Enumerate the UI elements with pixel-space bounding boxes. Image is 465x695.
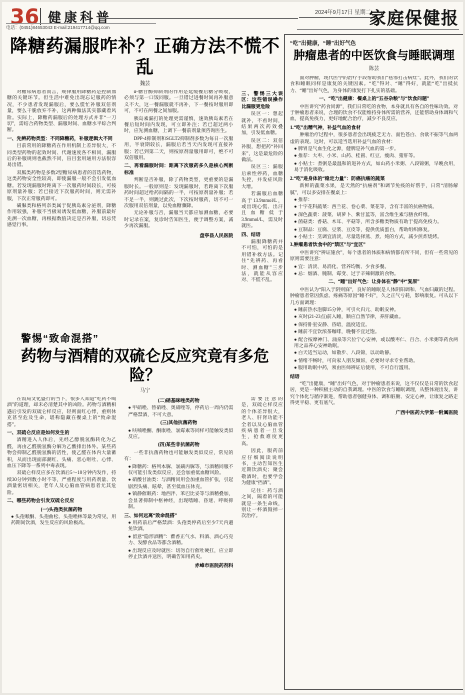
article-text: ● 豆制品：豆腐、豆浆、豆皮等，提供优质蛋白，帮助组织修复。 [290,228,458,234]
article-text: (四)某些非抗菌药物 [124,443,233,449]
article-text: 新鲜的蔬菜水果，是天然的“抗癌剂”和调节免疫的好帮手，日常“清肠解腻”，可以多安… [290,184,458,197]
article-b-column-1: 在饭局文化盛行的当下，很多人知道“吃药不喝酒”的道理，却未必清楚其中的凶险。药物… [7,397,116,693]
article-text: ● 亥时(21-23点)前入睡，顺应自然节律，养肝藏血。 [290,315,458,321]
article-text: ● 留意“隐形酒精”：藿香正气水、料酒、酒心巧克力、发酵食品等都含酒精。 [124,535,233,548]
article-text: ● 推荐：大枣、小米、山药、桂圆、红豆、瘦肉、猪肝等。 [290,154,458,160]
article-text: 目前常用的降糖药在作用机制上差异很大，不同类型药物的起效时间、代谢速度各不相同，… [7,144,116,170]
article-text: 四、结语 [241,233,283,239]
article-text: ● 白天适当运动，如散步、八段锦，以动助静。 [290,351,458,357]
article-text: ● 深色蔬菜：菠菜、胡萝卜、紫甘蓝等，富含维生素与膳食纤维。 [290,213,458,219]
article-b-column-2: (二)硝基咪唑类药物● 甲硝唑、替硝唑、奥硝唑等，停药后一周内仍需严格禁酒，不可… [124,397,233,693]
contact-rule [6,23,156,24]
article-text: ● 宜：清淡、易消化、营养均衡、少食多餐。 [290,265,458,271]
article-text: 对糖尿病患者而言，规律服用降糖药是控制血糖的关键环节。但生活中难免出现忘记服药的… [7,90,116,135]
header-rule-right [297,29,459,30]
article-text: ● 脾胃是气血生化之源，健脾是补气血的第一步。 [290,147,458,153]
article-text: 三、警惕三大误区：这些错误操作比漏服更危险 [241,92,283,111]
article-tcm-diet-sleep: “吃”出健康，“睡”出好气色 肿瘤患者的中医饮食与睡眠调理 陈芸 面对肿瘤，现代… [284,34,463,690]
article-text: 误区二：双倍补服，想把药“补回来”，这是最危险的做法。 [241,139,283,165]
article-text: 中医讲究“药食同源”，我们日常吃的食物，本身就具有各自的性味功效。对于肿瘤患者来… [290,105,458,124]
article-attribution: 盘亭县人民医院 [124,234,233,240]
article-a-headline: 降糖药漏服咋补？正确方法不慌不乱 [7,36,283,78]
article-text: ● 推荐： [290,198,458,204]
article-text: 无论补服与否，漏服当天都应加测血糖，必要时记录在案，复诊时告知医生，便于调整方案… [124,211,233,230]
article-text: 2.“吃”进身体的“稳定力量”：防癌抗癌的蔬菜 [290,177,458,183]
article-b-kicker: 警惕“致命混搭” [21,330,283,345]
article-b-headline: 药物与酒精的双硫仑反应究竟有多危险？ [7,347,283,385]
article-text: 判断是否补服，除了药物类型，更重要的是漏服时长。一般原则是：发现漏服时，若距离下… [124,178,233,210]
article-c-body: 面对肿瘤，现代医学的治疗手段帮助我们“祛邪打击病灶”。此外，我们的饮食和睡眠同样… [290,76,458,685]
article-text: ● 小贴士：煮粥是最温和的进补方式，如山药小米粥、八段锦粥，早晚食用，易于消化吸… [290,162,458,175]
article-text: ● 菌菇类：香菇、木耳、平菇等，所含多糖类物质有助于提高免疫力。 [290,220,458,226]
article-text: 结语 [290,375,458,381]
article-text: 胰岛素漏打的处理更需谨慎，速效胰岛素若在餐后短时间内发现，可立即补注；若已超过两… [124,117,233,136]
article-text: ● 硝酸甘油类：与酒精同用会加重血管扩张，引起剧烈头痛、眩晕，甚至低血压休克。 [124,478,233,491]
article-a-column-3: 三、警惕三大误区：这些错误操作比漏服更危险误区一：想起就补，不看时间，结果两次药… [241,90,283,340]
article-text: α-糖苷酶抑制剂的作用是延缓餐后糖分吸收，必须与第一口饭同服。一旦错过进餐时间再… [124,90,233,116]
article-text: ● 小贴士：烹调宜清淡，尽量选择蒸、煮、炖的方式，减少煎炸烧烤。 [290,235,458,241]
article-text: 双胍类药物是多数2型糖尿病患者的首选药物，这类药物安全性较高，即使漏服一般不会引… [7,171,116,203]
article-text: 二、哪些药物会引发双硫仑反应 [7,499,116,505]
article-text: 在饭局文化盛行的当下，很多人知道“吃药不喝酒”的道理，却未必清楚其中的凶险。药物… [7,397,116,429]
article-text: ● 出现反应及时就医：切勿自行催吐硬扛，应立即停止饮酒并送医，明确告知用药史。 [124,549,233,562]
article-c-kicker: “吃”出健康，“睡”出好气色 [290,39,458,47]
article-text: 二、再看漏服时间：距离下次服药多久是核心判断标准 [124,164,233,177]
article-text: ● 睡前不宜饮浓茶咖啡，晚餐不宜过饱。 [290,330,458,336]
header-rule-left [102,18,298,19]
article-b-column-3: 需要注意的是，双硫仑样反应的个体差异很大，老人、肝肾功能不全者以及心脑血管疾病患… [241,397,283,693]
article-text: ● 情绪不畅时，可向家人朋友倾诉，必要时寻求专业帮助。 [290,359,458,365]
article-text: 中医认为“阳入于阴则寐”，良好的睡眠是人体阴阳调和、气血归藏的过程。肿瘤患者常因… [290,288,458,307]
article-text: 1.“吃”出精气神，补益气血的食材 [290,126,458,132]
article-text: “吃”出健康，“睡”出好气色，对于肿瘤患者来说，这不仅仅是日常的饮食起居，更是一… [290,382,458,408]
article-text: 肿瘤治疗过程中，很多患者会出现疲乏无力、面色苍白、食欲不振等气血两虚的表现。这时… [290,133,458,146]
article-text: 若漏服后血糖高于13.9mmol/L，或出现心慌、出汗且血糖低于3.9mmol/… [241,192,283,230]
article-c-headline: 肿瘤患者的中医饮食与睡眠调理 [290,49,458,63]
article-text: ● 头孢哌酮、头孢曲松、头孢唑林等最为常见，用药期间饮酒，发生反应的风险极高。 [7,515,116,528]
article-text: 面对肿瘤，现代医学的治疗手段帮助我们“祛邪打击病灶”。此外，我们的饮食和睡眠同样… [290,76,458,95]
article-text: 一、先辨药物类型：不同降糖药，补服逻辑大不同 [7,137,116,143]
article-text: 一、“吃”出健康：餐桌上的“五谷杂粮”与“饮食问题” [290,97,458,103]
article-text: 记住：药与酒之间，隔着的可能就是一条生命线，别让一杯酒毁掉一次治疗。 [241,489,283,521]
article-c-byline: 陈芸 [290,65,458,72]
article-text: ● 降糖药：格列本脲、氯磺丙脲等，与酒精同服不仅可能引发类似反应，还会加重低血糖… [124,465,233,478]
newspaper-page: 36 健康科普 2024年9月17日 星期二 家庭保健报 电话：(0451)84… [2,2,463,693]
article-text: 误区一：想起就补，不看时间，结果两次药效叠加，引发低血糖。 [241,112,283,138]
article-text: ● 呋喃唑酮、酮康唑、氯霉素等同样可能触发类似反应。 [124,429,233,442]
article-b-byline: 马宁 [7,387,283,394]
article-text: 三、如何远离“致命混搭” [124,514,233,520]
article-disulfiram: 警惕“致命混搭” 药物与酒精的双硫仑反应究竟有多危险？ 马宁 在饭局文化盛行的当… [7,330,283,693]
article-text: 酒精进入人体后，先经乙醇脱氢酶转化为乙醛，再由乙醛脱氢酶分解为乙酸排出体外。某些… [7,438,116,470]
article-text: 磺脲类和格列奈类属于促胰岛素分泌剂，降糖作用较强，补服不当极易诱发低血糖，补服前… [7,204,116,230]
article-text: 需要注意的是，双硫仑样反应的个体差异很大，老人、肝肾功能不全者以及心脑血管疾病患… [241,397,283,448]
article-a-column-1: 对糖尿病患者而言，规律服用降糖药是控制血糖的关键环节。但生活中难免出现忘记服药的… [7,90,116,340]
article-a-column-2: α-糖苷酶抑制剂的作用是延缓餐后糖分吸收，必须与第一口饭同服。一旦错过进餐时间再… [124,90,233,340]
article-text: ● 服用助眠中药，须由医师辨证后使用，不可自行滥用。 [290,366,458,372]
article-text: 双硫仑样反应多在饮酒后5～10分钟内发作，持续30分钟到数小时不等，严重程度与用… [7,471,116,497]
article-text: 3.肿瘤患者饮食中的“禁区”与“宜区” [290,243,458,249]
article-text: ● 保持卧室安静、昏暗，温度适宜。 [290,323,458,329]
article-text: ● 镇静催眠药：地西泮、苯巴比妥等与酒精叠加，会显著抑制中枢神经，出现嗜睡、昏迷… [124,492,233,511]
issue-date: 2024年9月17日 星期二 [315,8,371,16]
article-text: 二、“睡”出好气色：让身体在“静”中“复原” [290,280,458,286]
article-text: (二)硝基咪唑类药物 [124,399,233,405]
article-attribution: 赤峰市医院药剂科 [124,564,233,570]
article-text: ● 十字花科蔬菜：西兰花、卷心菜、菜花等，含有丰富的抗癌物质。 [290,205,458,211]
article-diabetes-med: 降糖药漏服咋补？正确方法不慌不乱 魏芸 对糖尿病患者而言，规律服用降糖药是控制血… [7,36,283,340]
article-text: ● 甲硝唑、替硝唑、奥硝唑等，停药后一周内仍需严格禁酒，不可大意。 [124,406,233,419]
article-text: (三)其他抗菌药物 [124,421,233,427]
date-underline [299,17,375,18]
article-text: 漏服降糖药并不可怕，可怕的是用错补救方法。记住“先辨药、再看时、测血糖”三步法，… [241,240,283,285]
article-text: ● 用药前后严格禁酒：头孢类停药后至少7天内避免饮酒。 [124,521,233,534]
article-text: 中医讲究“辨证施食”，每个患者的体质和病情都有所不同，但有一些常见的原则需要注意… [290,251,458,264]
article-text: ● 睡前热水泡脚15分钟，可引火归元、助眠安神。 [290,308,458,314]
article-text: 一、双硫仑反应是如何发生的 [7,431,116,437]
article-text: 误区三：漏服后索性停药，血糖失控，并发症风险大增。 [241,165,283,191]
article-text: ● 配合按摩神门、涌泉等穴位宁心安神，或以酸枣仁、百合、小米粥等药食两用之品养心… [290,338,458,351]
article-text: 一些非抗菌药物也可能触发类似反应，常见的有： [124,451,233,464]
article-a-byline: 魏芸 [7,80,283,87]
contact-line: 电话：(0451)84653043 E-mail:219417714@qq.co… [6,25,110,31]
article-text: ● 忌：烟酒、腌制、霉变、过于辛辣刺激的食物。 [290,272,458,278]
article-text: DPP-4抑制剂和SGLT2抑制剂多数为每日一次服用，半衰期较长，漏服后若当天内… [124,137,233,163]
article-attribution: 广西中医药大学第一附属医院 [290,411,458,417]
article-text: (一)头孢类抗菌药物 [7,508,116,514]
newspaper-masthead: 家庭保健报 [369,4,459,29]
article-text: 因此，服药前应仔细阅读说明书，主动告知医生近期饮酒史；聚会敬酒时，也要学会为健康… [241,449,283,487]
